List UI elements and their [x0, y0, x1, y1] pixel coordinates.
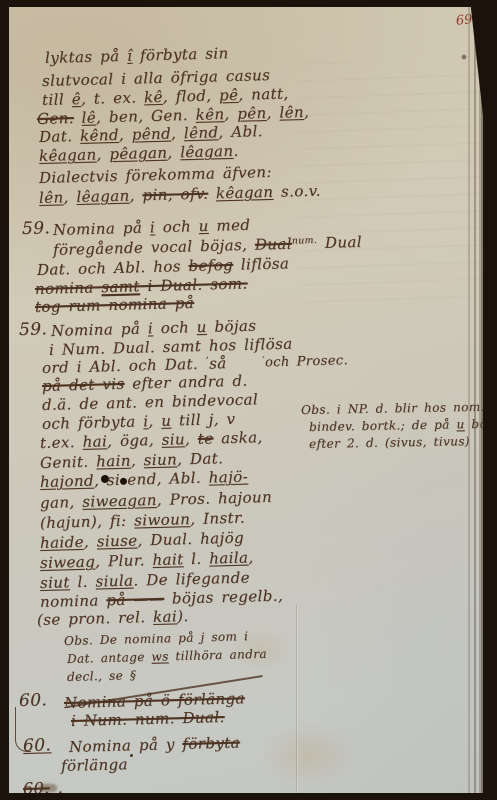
text-segment: ,	[185, 430, 198, 448]
text-segment: tillhöra andra	[169, 647, 268, 664]
text-segment: pên	[237, 104, 267, 123]
page-edge-line	[474, 7, 476, 793]
text-segment: ,	[167, 143, 180, 161]
text-segment: i Dual. som.	[140, 274, 248, 295]
text-segment: 59.	[19, 319, 48, 340]
text-segment: kênd	[80, 126, 119, 145]
page-fold-crease	[296, 605, 297, 793]
handwriting-line: Obs. i NP. d. blir hos nom. på i	[301, 399, 483, 417]
text-segment: , Plur.	[95, 551, 153, 570]
text-segment: aska,	[213, 428, 263, 447]
text-segment: hajö-	[208, 468, 248, 487]
text-segment: siweag	[40, 553, 96, 572]
handwriting-line: 60.	[19, 690, 48, 711]
text-segment: nomina	[40, 591, 107, 611]
handwriting-line: tog rum nomina på	[35, 294, 195, 316]
text-segment: ,	[248, 548, 254, 566]
text-segment: lê	[81, 108, 96, 126]
handwriting-line: decl., se §	[67, 668, 137, 684]
text-segment: l.	[70, 573, 96, 592]
manuscript-page: 69 lyktas på î förbyta sinslutvocal i al…	[9, 7, 483, 793]
text-segment: ,	[63, 188, 76, 206]
text-segment: u	[456, 417, 464, 431]
text-segment: ,	[96, 145, 109, 163]
text-segment: , si	[94, 471, 121, 490]
text-segment: på det vis	[42, 375, 125, 395]
handwriting-line: ’och Prosec.	[262, 353, 348, 371]
text-segment: ws	[151, 649, 169, 663]
handwriting-line: kêagan, pêagan, lêagan.	[39, 142, 239, 165]
text-segment: pêagan	[109, 144, 167, 164]
text-segment: liflösa	[233, 254, 290, 273]
text-segment: Dat. antage	[67, 650, 152, 666]
text-segment: bindev. bortk.; de på	[309, 417, 457, 434]
text-segment: siuse	[96, 531, 137, 550]
text-segment: siwoun	[134, 510, 191, 529]
handwriting-line: Nomina på i och u med	[53, 216, 251, 239]
text-segment: böjas regelb.,	[164, 587, 283, 608]
text-segment: . De lifegande	[133, 569, 250, 590]
handwriting-line: Obs. De nomina på j som i	[64, 629, 249, 648]
text-segment: , Dat.	[177, 449, 224, 468]
text-segment: Dual	[255, 235, 292, 254]
text-segment: Dual	[317, 233, 362, 252]
handwriting-line: efter 2. d. (sivus, tivus)	[309, 434, 470, 451]
text-segment: kên	[195, 105, 224, 124]
handwriting-line: Nomina på y förbyta	[69, 734, 240, 756]
text-segment: lênd	[184, 123, 219, 142]
text-segment: .	[49, 778, 63, 793]
text-segment: , Abl.	[218, 122, 263, 141]
text-segment: Gen.	[37, 109, 74, 128]
text-segment: förbyta	[182, 734, 240, 754]
text-segment: 60.	[23, 778, 50, 793]
text-segment: böjas	[206, 317, 256, 336]
page-edge-line	[468, 7, 470, 793]
text-segment: lên	[279, 103, 304, 122]
text-segment: , Instr.	[190, 509, 245, 528]
text-segment: efter andra d.	[124, 372, 247, 393]
text-segment: och förbyta	[42, 412, 144, 433]
text-segment: ,	[119, 126, 132, 144]
text-segment: pin, ofv.	[142, 185, 208, 205]
text-segment: haide	[40, 533, 84, 552]
text-segment: ,	[266, 104, 279, 122]
text-segment: Nomina på	[53, 218, 150, 239]
text-segment: , t. ex.	[81, 88, 145, 108]
text-segment: u	[198, 217, 209, 235]
text-segment: Dat.	[39, 127, 81, 146]
handwriting-line: 60. .	[23, 778, 64, 793]
text-segment: kai	[153, 607, 177, 626]
text-segment: u	[196, 318, 207, 336]
text-segment: Genit.	[40, 453, 97, 472]
text-segment: decl., se §	[67, 668, 137, 684]
text-segment: siu	[161, 430, 185, 449]
text-segment: efter 2. d. (sivus, tivus)	[309, 434, 470, 451]
handwriting-line: 60.	[23, 735, 52, 756]
text-segment: ,	[148, 412, 161, 430]
text-segment: förlänga	[61, 755, 128, 775]
text-segment: lyktas på	[45, 47, 128, 67]
text-segment: samt	[101, 277, 140, 296]
handwriting-line: 59.	[19, 319, 48, 340]
handwriting-line: bindev. bortk.; de på u böjes	[309, 417, 483, 434]
text-segment: , flod,	[163, 86, 220, 105]
text-segment: gan,	[40, 493, 83, 512]
text-segment: kêagan	[216, 183, 274, 202]
text-segment: 60.	[23, 735, 52, 756]
text-segment: siula	[95, 572, 133, 591]
ink-speck	[130, 754, 133, 757]
handwriting-line: i Num. num. Dual.	[71, 708, 225, 730]
text-segment: i Num. num. Dual.	[71, 708, 225, 730]
text-segment: kêagan	[39, 145, 97, 164]
text-segment: ).	[177, 607, 189, 625]
page-edge-line	[481, 7, 483, 793]
ink-bleed-through	[299, 62, 479, 312]
text-segment: till j, v	[171, 410, 236, 430]
text-segment: siut	[40, 573, 70, 592]
text-segment: siweagan	[82, 491, 157, 511]
text-segment: , Dual. hajög	[137, 529, 244, 550]
text-segment: , öga,	[107, 431, 162, 450]
handwriting-line: (se pron. rel. kai).	[37, 607, 189, 629]
text-segment: förbyta sin	[132, 44, 229, 65]
text-segment: , natt,	[238, 85, 289, 104]
text-segment: och Prosec.	[265, 353, 348, 370]
text-segment: te	[198, 429, 214, 447]
text-segment: siun	[143, 450, 177, 469]
photo-background: 69 lyktas på î förbyta sinslutvocal i al…	[0, 0, 497, 800]
text-segment: (se pron. rel.	[37, 608, 154, 629]
page-number: 69	[455, 12, 473, 29]
handwriting-line: lyktas på î förbyta sin	[45, 44, 229, 67]
text-segment: t.ex.	[40, 433, 83, 452]
text-segment: lêagan	[76, 187, 130, 206]
text-segment: l.	[183, 550, 209, 569]
handwriting-line: förlänga	[61, 755, 128, 775]
text-segment: hain	[96, 452, 131, 471]
text-segment: hait	[152, 550, 183, 569]
text-segment: befog	[188, 256, 233, 275]
text-segment: och	[153, 318, 197, 337]
text-segment: 60.	[19, 690, 48, 711]
text-segment: med	[208, 216, 250, 235]
text-segment: tog rum nomina på	[35, 294, 195, 316]
text-segment: ,	[131, 451, 144, 469]
text-segment: num.	[292, 235, 318, 247]
text-segment: ,	[224, 105, 237, 123]
text-segment: så	[209, 354, 227, 372]
text-segment: 59.	[22, 218, 51, 239]
text-segment: nomina	[35, 278, 102, 298]
text-segment: ,	[84, 533, 97, 551]
text-segment: Obs. De nomina på j som i	[64, 629, 249, 648]
text-segment: haila	[209, 549, 249, 568]
text-segment: ,	[304, 103, 310, 121]
text-segment: Nomina på	[51, 319, 148, 340]
text-segment: till	[42, 90, 72, 109]
text-segment: pênd	[131, 125, 171, 144]
handwriting-line: Dat. antage ws tillhöra andra	[67, 647, 267, 666]
text-segment: pê	[219, 86, 239, 104]
text-segment: , Pros. hajoun	[157, 488, 273, 509]
text-segment: lêagan	[180, 142, 234, 161]
text-segment: hai	[82, 432, 107, 451]
text-segment: (hajun), fi:	[40, 512, 135, 532]
text-segment: ê	[71, 90, 81, 108]
text-segment: och	[155, 217, 199, 236]
text-segment: Nomina på y	[69, 735, 183, 756]
handwriting-line: 59.	[22, 218, 51, 239]
text-segment: ,	[171, 124, 184, 142]
text-segment: lên	[39, 188, 64, 207]
text-segment: kê	[144, 88, 163, 106]
text-segment: .	[233, 142, 239, 160]
text-segment: hajond	[40, 472, 94, 491]
text-segment: Obs. i NP. d. blir hos nom. på i	[301, 399, 483, 417]
text-segment: på ——	[106, 590, 164, 610]
text-segment: s.o.v.	[273, 182, 321, 201]
text-segment: ,	[129, 186, 142, 204]
text-segment: end, Abl.	[127, 469, 209, 489]
